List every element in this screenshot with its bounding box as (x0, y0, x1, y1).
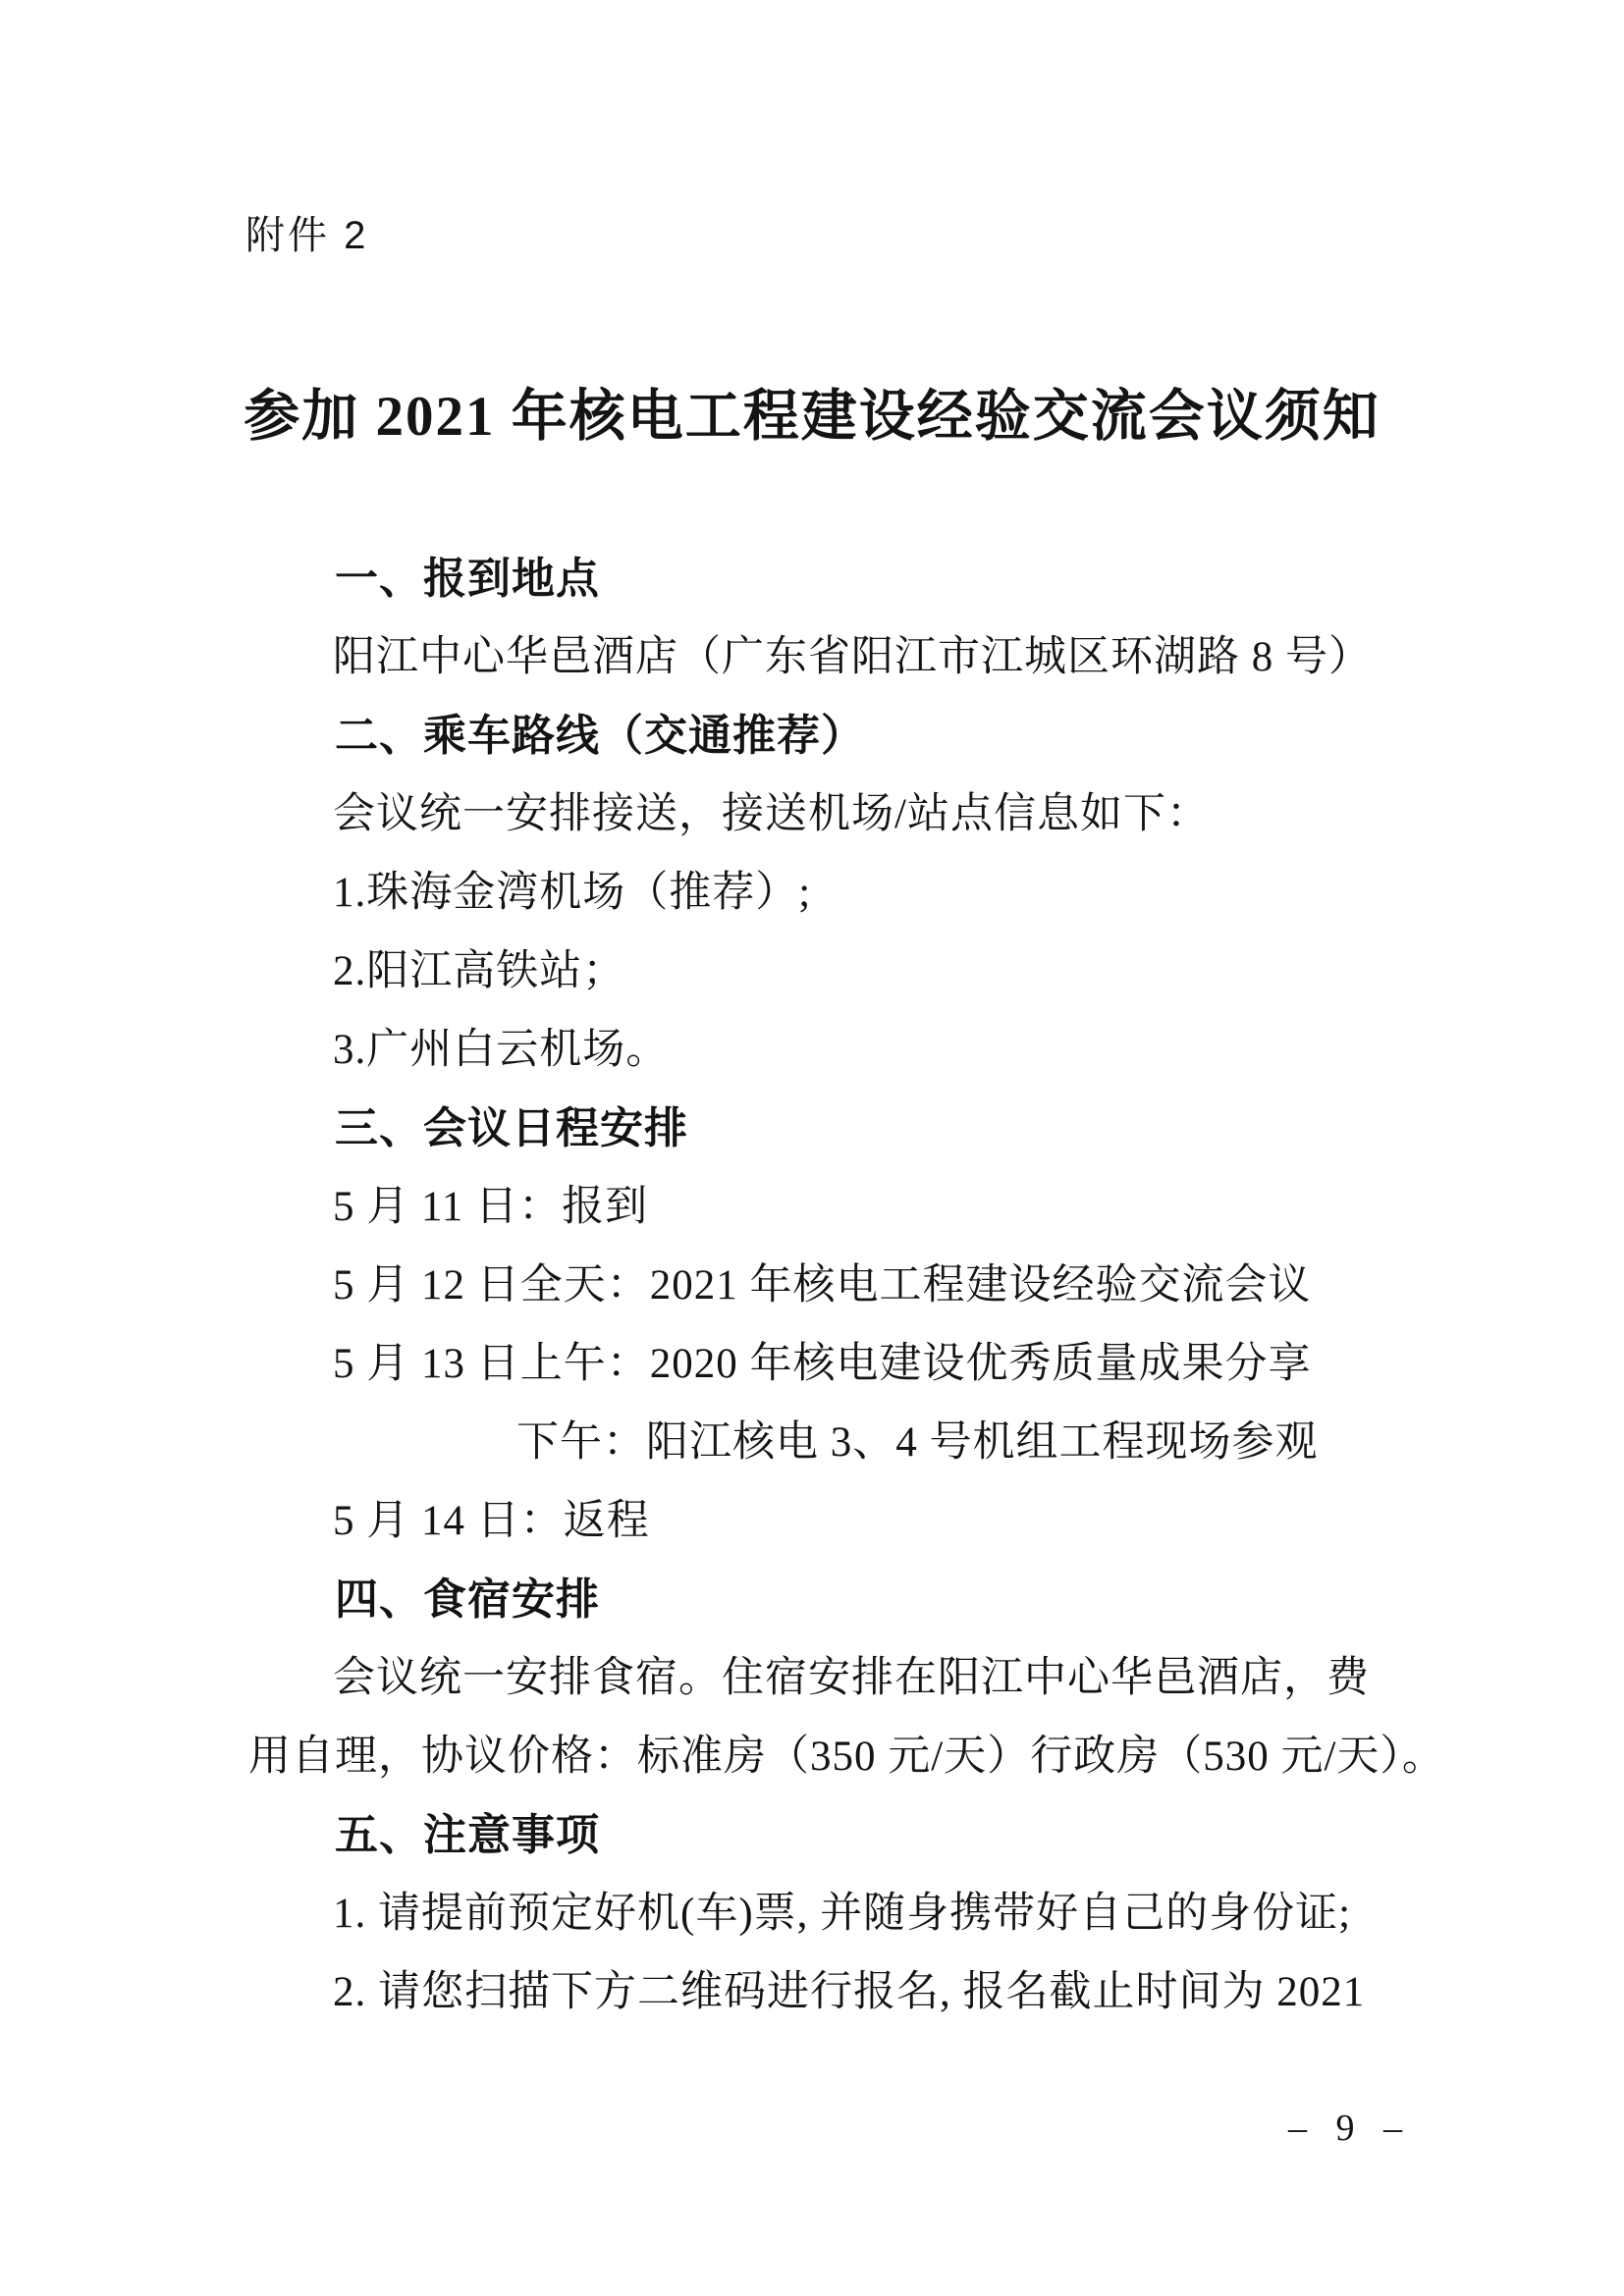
content-line: 用自理，协议价格：标准房（350 元/天）行政房（530 元/天）。 (248, 1718, 1422, 1796)
section-heading: 四、食宿安排 (248, 1561, 1422, 1639)
content-line: 阳江中心华邑酒店（广东省阳江市江城区环湖路 8 号） (248, 618, 1422, 697)
section-heading: 二、乘车路线（交通推荐） (248, 697, 1422, 775)
content-line: 2.阳江高铁站； (248, 933, 1422, 1011)
content-line: 下午：阳江核电 3、4 号机组工程现场参观 (248, 1404, 1422, 1482)
content-line: 3.广州白云机场。 (248, 1011, 1422, 1090)
section-heading: 五、注意事项 (248, 1796, 1422, 1875)
content-line: 5 月 13 日上午：2020 年核电建设优秀质量成果分享 (248, 1325, 1422, 1404)
content-line: 5 月 12 日全天：2021 年核电工程建设经验交流会议 (248, 1247, 1422, 1325)
document-body: 一、报到地点阳江中心华邑酒店（广东省阳江市江城区环湖路 8 号）二、乘车路线（交… (248, 540, 1422, 2032)
section-heading: 三、会议日程安排 (248, 1090, 1422, 1168)
section-heading: 一、报到地点 (248, 540, 1422, 618)
content-line: 1.珠海金湾机场（推荐）; (248, 854, 1422, 933)
content-line: 2. 请您扫描下方二维码进行报名, 报名截止时间为 2021 (248, 1953, 1422, 2032)
content-line: 1. 请提前预定好机(车)票, 并随身携带好自己的身份证; (248, 1875, 1422, 1953)
content-line: 会议统一安排接送，接送机场/站点信息如下： (248, 775, 1422, 854)
attachment-label: 附件 2 (245, 204, 368, 260)
page-number: – 9 – (1288, 2107, 1412, 2150)
document-page: 附件 2 参加 2021 年核电工程建设经验交流会议须知 一、报到地点阳江中心华… (0, 0, 1624, 2296)
content-line: 5 月 11 日：报到 (248, 1168, 1422, 1247)
page-title: 参加 2021 年核电工程建设经验交流会议须知 (0, 371, 1624, 452)
content-line: 会议统一安排食宿。住宿安排在阳江中心华邑酒店，费 (248, 1639, 1422, 1718)
content-line: 5 月 14 日：返程 (248, 1482, 1422, 1561)
